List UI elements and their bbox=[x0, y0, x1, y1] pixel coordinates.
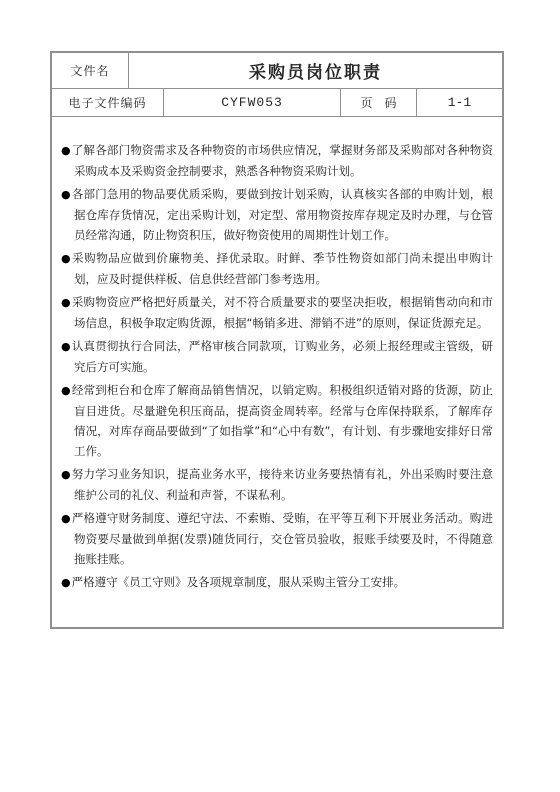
bullet-icon: ● bbox=[61, 384, 71, 397]
page-title: 采购员岗位职责 bbox=[129, 53, 502, 88]
bullet-icon: ● bbox=[61, 296, 71, 309]
header-row-title: 文件名 采购员岗位职责 bbox=[52, 53, 502, 89]
duty-text: 努力学习业务知识，提高业务水平，接待来访业务要热情有礼，外出采购时要注意维护公司… bbox=[72, 467, 493, 502]
code-value: CYFW053 bbox=[164, 89, 341, 116]
duty-item: ●各部门急用的物品要优质采购，要做到按计划采购，认真核实各部的申购计划，根据仓库… bbox=[61, 184, 493, 245]
bullet-icon: ● bbox=[61, 252, 71, 265]
bullet-icon: ● bbox=[61, 512, 71, 525]
bullet-icon: ● bbox=[61, 340, 71, 353]
duty-text: 了解各部门物资需求及各种物资的市场供应情况，掌握财务部及采购部对各种物资采购成本… bbox=[72, 143, 493, 178]
header-row-code: 电子文件编码 CYFW053 页 码 1-1 bbox=[52, 89, 502, 117]
code-label: 电子文件编码 bbox=[52, 89, 164, 116]
bullet-icon: ● bbox=[61, 576, 71, 589]
bullet-icon: ● bbox=[61, 468, 71, 481]
duty-item: ●努力学习业务知识，提高业务水平，接待来访业务要热情有礼，外出采购时要注意维护公… bbox=[61, 464, 493, 505]
duty-item: ●采购物品应做到价廉物美、择优录取。时鲜、季节性物资如部门尚未提出申购计划，应及… bbox=[61, 248, 493, 289]
duty-text: 各部门急用的物品要优质采购，要做到按计划采购，认真核实各部的申购计划，根据仓库存… bbox=[72, 187, 493, 242]
duty-text: 经常到柜台和仓库了解商品销售情况，以销定购。积极组织适销对路的货源，防止盲目进货… bbox=[72, 383, 493, 458]
duty-item: ●严格遵守《员工守则》及各项规章制度，服从采购主管分工安排。 bbox=[61, 572, 493, 593]
duty-text: 采购物资应严格把好质量关，对不符合质量要求的要坚决拒收，根据销售动向和市场信息，… bbox=[72, 295, 493, 330]
bullet-icon: ● bbox=[61, 188, 71, 201]
duty-item: ●了解各部门物资需求及各种物资的市场供应情况，掌握财务部及采购部对各种物资采购成… bbox=[61, 140, 493, 181]
duty-text: 严格遵守财务制度、遵纪守法、不索贿、受贿，在平等互利下开展业务活动。购进物资要尽… bbox=[72, 511, 493, 566]
duty-item: ●采购物资应严格把好质量关，对不符合质量要求的要坚决拒收，根据销售动向和市场信息… bbox=[61, 292, 493, 333]
file-name-label: 文件名 bbox=[52, 53, 129, 88]
duties-list: ●了解各部门物资需求及各种物资的市场供应情况，掌握财务部及采购部对各种物资采购成… bbox=[52, 117, 502, 627]
duty-text: 严格遵守《员工守则》及各项规章制度，服从采购主管分工安排。 bbox=[72, 575, 406, 589]
page-number-value: 1-1 bbox=[417, 89, 502, 116]
duty-text: 认真贯彻执行合同法，严格审核合同款项，订购业务，必须上报经理或主管级，研究后方可… bbox=[72, 339, 493, 374]
bullet-icon: ● bbox=[61, 144, 71, 157]
duty-text: 采购物品应做到价廉物美、择优录取。时鲜、季节性物资如部门尚未提出申购计划，应及时… bbox=[72, 251, 493, 286]
duty-item: ●认真贯彻执行合同法，严格审核合同款项，订购业务，必须上报经理或主管级，研究后方… bbox=[61, 336, 493, 377]
duty-item: ●严格遵守财务制度、遵纪守法、不索贿、受贿，在平等互利下开展业务活动。购进物资要… bbox=[61, 508, 493, 569]
duty-item: ●经常到柜台和仓库了解商品销售情况，以销定购。积极组织适销对路的货源，防止盲目进… bbox=[61, 380, 493, 461]
document-page: 文件名 采购员岗位职责 电子文件编码 CYFW053 页 码 1-1 ●了解各部… bbox=[50, 51, 504, 629]
page-number-label: 页 码 bbox=[341, 89, 417, 116]
